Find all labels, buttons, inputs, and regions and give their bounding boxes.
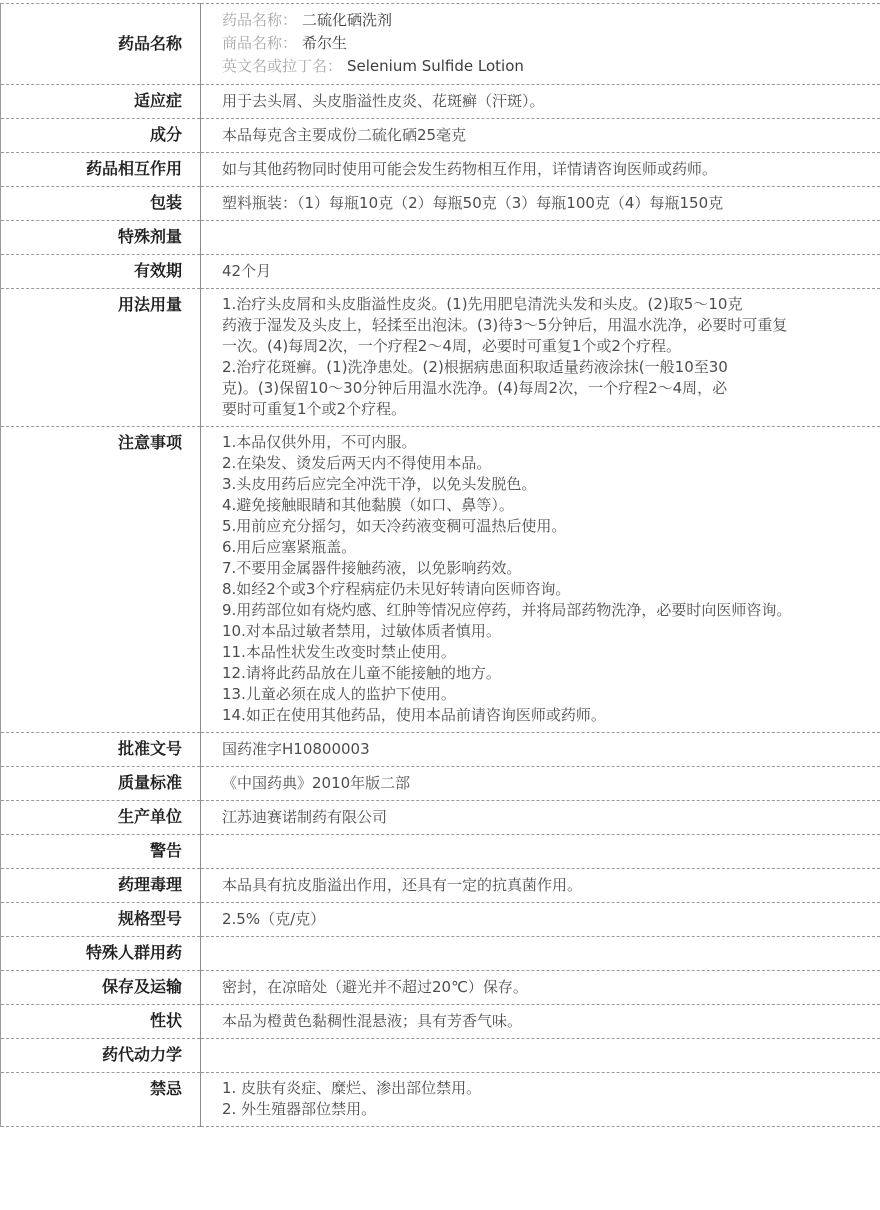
row-label: 包装 bbox=[1, 187, 201, 221]
table-row: 性状本品为橙黄色黏稠性混悬液；具有芳香气味。 bbox=[1, 1005, 880, 1039]
content-line: 9.用药部位如有烧灼感、红肿等情况应停药，并将局部药物洗净，必要时向医师咨询。 bbox=[222, 600, 868, 621]
table-row: 规格型号2.5%（克/克） bbox=[1, 903, 880, 937]
row-label: 用法用量 bbox=[1, 289, 201, 427]
content-line: 14.如正在使用其他药品，使用本品前请咨询医师或药师。 bbox=[222, 705, 868, 726]
row-content: 本品具有抗皮脂溢出作用，还具有一定的抗真菌作用。 bbox=[201, 869, 880, 903]
table-row: 药品相互作用如与其他药物同时使用可能会发生药物相互作用，详情请咨询医师或药师。 bbox=[1, 153, 880, 187]
row-label: 药品相互作用 bbox=[1, 153, 201, 187]
content-line: 2.在染发、烫发后两天内不得使用本品。 bbox=[222, 453, 868, 474]
name-field-line: 英文名或拉丁名：Selenium Sulfide Lotion bbox=[222, 55, 868, 78]
drug-info-table-body: 药品名称药品名称：二硫化硒洗剂商品名称：希尔生英文名或拉丁名：Selenium … bbox=[1, 4, 880, 1127]
table-row: 质量标准《中国药典》2010年版二部 bbox=[1, 767, 880, 801]
table-row: 有效期42个月 bbox=[1, 255, 880, 289]
content-line: 2. 外生殖器部位禁用。 bbox=[222, 1099, 868, 1120]
name-field-line: 药品名称：二硫化硒洗剂 bbox=[222, 9, 868, 32]
field-value: Selenium Sulfide Lotion bbox=[347, 57, 524, 75]
table-row: 保存及运输密封，在凉暗处（避光并不超过20℃）保存。 bbox=[1, 971, 880, 1005]
content-line: 6.用后应塞紧瓶盖。 bbox=[222, 537, 868, 558]
row-content: 42个月 bbox=[201, 255, 880, 289]
row-label: 药品名称 bbox=[1, 4, 201, 85]
table-row: 药理毒理本品具有抗皮脂溢出作用，还具有一定的抗真菌作用。 bbox=[1, 869, 880, 903]
row-label: 药代动力学 bbox=[1, 1039, 201, 1073]
content-line: 克)。(3)保留10～30分钟后用温水洗净。(4)每周2次，一个疗程2～4周，必 bbox=[222, 378, 868, 399]
content-line: 要时可重复1个或2个疗程。 bbox=[222, 399, 868, 420]
row-content: 1. 皮肤有炎症、糜烂、渗出部位禁用。2. 外生殖器部位禁用。 bbox=[201, 1073, 880, 1127]
content-line: 8.如经2个或3个疗程病症仍未见好转请向医师咨询。 bbox=[222, 579, 868, 600]
row-content bbox=[201, 937, 880, 971]
page: 药品名称药品名称：二硫化硒洗剂商品名称：希尔生英文名或拉丁名：Selenium … bbox=[0, 0, 880, 1127]
table-row: 成分本品每克含主要成份二硫化硒25毫克 bbox=[1, 119, 880, 153]
content-line: 11.本品性状发生改变时禁止使用。 bbox=[222, 642, 868, 663]
table-row: 包装塑料瓶装：（1）每瓶10克（2）每瓶50克（3）每瓶100克（4）每瓶150… bbox=[1, 187, 880, 221]
table-row: 特殊人群用药 bbox=[1, 937, 880, 971]
content-line: 一次。(4)每周2次，一个疗程2～4周，必要时可重复1个或2个疗程。 bbox=[222, 336, 868, 357]
row-content: 本品为橙黄色黏稠性混悬液；具有芳香气味。 bbox=[201, 1005, 880, 1039]
row-label: 药理毒理 bbox=[1, 869, 201, 903]
row-content bbox=[201, 835, 880, 869]
table-row: 禁忌1. 皮肤有炎症、糜烂、渗出部位禁用。2. 外生殖器部位禁用。 bbox=[1, 1073, 880, 1127]
row-content: 国药准字H10800003 bbox=[201, 733, 880, 767]
row-content: 江苏迪赛诺制药有限公司 bbox=[201, 801, 880, 835]
content-line: 1.治疗头皮屑和头皮脂溢性皮炎。(1)先用肥皂清洗头发和头皮。(2)取5～10克 bbox=[222, 294, 868, 315]
table-row: 药品名称药品名称：二硫化硒洗剂商品名称：希尔生英文名或拉丁名：Selenium … bbox=[1, 4, 880, 85]
table-row: 批准文号国药准字H10800003 bbox=[1, 733, 880, 767]
row-label: 特殊剂量 bbox=[1, 221, 201, 255]
row-content: 用于去头屑、头皮脂溢性皮炎、花斑癣（汗斑）。 bbox=[201, 85, 880, 119]
table-row: 生产单位江苏迪赛诺制药有限公司 bbox=[1, 801, 880, 835]
row-content: 药品名称：二硫化硒洗剂商品名称：希尔生英文名或拉丁名：Selenium Sulf… bbox=[201, 4, 880, 85]
content-line: 7.不要用金属器件接触药液，以免影响药效。 bbox=[222, 558, 868, 579]
row-label: 规格型号 bbox=[1, 903, 201, 937]
field-value: 希尔生 bbox=[302, 34, 347, 52]
content-line: 药液于湿发及头皮上，轻揉至出泡沫。(3)待3～5分钟后，用温水洗净，必要时可重复 bbox=[222, 315, 868, 336]
table-row: 药代动力学 bbox=[1, 1039, 880, 1073]
row-content: 2.5%（克/克） bbox=[201, 903, 880, 937]
name-field-line: 商品名称：希尔生 bbox=[222, 32, 868, 55]
field-key: 商品名称： bbox=[222, 34, 297, 52]
field-key: 药品名称： bbox=[222, 11, 297, 29]
row-content: 1.治疗头皮屑和头皮脂溢性皮炎。(1)先用肥皂清洗头发和头皮。(2)取5～10克… bbox=[201, 289, 880, 427]
row-label: 警告 bbox=[1, 835, 201, 869]
row-label: 质量标准 bbox=[1, 767, 201, 801]
table-row: 适应症用于去头屑、头皮脂溢性皮炎、花斑癣（汗斑）。 bbox=[1, 85, 880, 119]
table-row: 特殊剂量 bbox=[1, 221, 880, 255]
row-content: 本品每克含主要成份二硫化硒25毫克 bbox=[201, 119, 880, 153]
content-line: 5.用前应充分摇匀，如天冷药液变稠可温热后使用。 bbox=[222, 516, 868, 537]
content-line: 12.请将此药品放在儿童不能接触的地方。 bbox=[222, 663, 868, 684]
row-label: 生产单位 bbox=[1, 801, 201, 835]
content-line: 13.儿童必须在成人的监护下使用。 bbox=[222, 684, 868, 705]
row-content: 如与其他药物同时使用可能会发生药物相互作用，详情请咨询医师或药师。 bbox=[201, 153, 880, 187]
content-line: 4.避免接触眼睛和其他黏膜（如口、鼻等）。 bbox=[222, 495, 868, 516]
row-content: 塑料瓶装：（1）每瓶10克（2）每瓶50克（3）每瓶100克（4）每瓶150克 bbox=[201, 187, 880, 221]
row-content: 密封，在凉暗处（避光并不超过20℃）保存。 bbox=[201, 971, 880, 1005]
content-line: 3.头皮用药后应完全冲洗干净，以免头发脱色。 bbox=[222, 474, 868, 495]
row-label: 性状 bbox=[1, 1005, 201, 1039]
table-row: 用法用量1.治疗头皮屑和头皮脂溢性皮炎。(1)先用肥皂清洗头发和头皮。(2)取5… bbox=[1, 289, 880, 427]
row-content bbox=[201, 1039, 880, 1073]
content-line: 2.治疗花斑癣。(1)洗净患处。(2)根据病患面积取适量药液涂抹(一般10至30 bbox=[222, 357, 868, 378]
row-label: 注意事项 bbox=[1, 427, 201, 733]
row-label: 保存及运输 bbox=[1, 971, 201, 1005]
table-row: 警告 bbox=[1, 835, 880, 869]
content-line: 1. 皮肤有炎症、糜烂、渗出部位禁用。 bbox=[222, 1078, 868, 1099]
field-value: 二硫化硒洗剂 bbox=[302, 11, 392, 29]
row-label: 有效期 bbox=[1, 255, 201, 289]
content-line: 10.对本品过敏者禁用，过敏体质者慎用。 bbox=[222, 621, 868, 642]
drug-info-table: 药品名称药品名称：二硫化硒洗剂商品名称：希尔生英文名或拉丁名：Selenium … bbox=[0, 3, 880, 1127]
row-label: 适应症 bbox=[1, 85, 201, 119]
row-label: 成分 bbox=[1, 119, 201, 153]
table-row: 注意事项1.本品仅供外用，不可内服。2.在染发、烫发后两天内不得使用本品。3.头… bbox=[1, 427, 880, 733]
row-label: 特殊人群用药 bbox=[1, 937, 201, 971]
row-content: 《中国药典》2010年版二部 bbox=[201, 767, 880, 801]
row-content: 1.本品仅供外用，不可内服。2.在染发、烫发后两天内不得使用本品。3.头皮用药后… bbox=[201, 427, 880, 733]
field-key: 英文名或拉丁名： bbox=[222, 57, 342, 75]
row-label: 批准文号 bbox=[1, 733, 201, 767]
row-content bbox=[201, 221, 880, 255]
content-line: 1.本品仅供外用，不可内服。 bbox=[222, 432, 868, 453]
row-label: 禁忌 bbox=[1, 1073, 201, 1127]
